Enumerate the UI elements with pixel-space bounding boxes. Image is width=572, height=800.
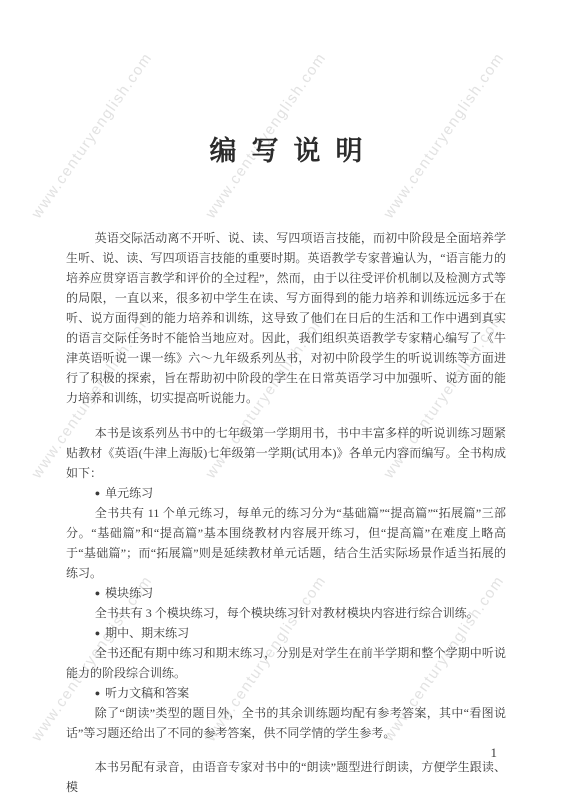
book-intro-paragraph: 本书是该系列丛书中的七年级第一学期用书，书中丰富多样的听说训练习题紧贴教材《英语…	[66, 423, 506, 483]
bullet-label: 期中、期末练习	[105, 626, 189, 640]
bullet-icon: ●	[95, 488, 100, 498]
bullet-item-module-exercises: ●模块练习	[66, 583, 506, 603]
closing-paragraph: 本书另配有录音，由语音专家对书中的“朗读”题型进行朗读，方便学生跟读、模	[66, 757, 506, 797]
section-paragraph: 全书共有 11 个单元练习，每单元的练习分为“基础篇”“提高篇”“拓展篇”三部分…	[66, 503, 506, 583]
section-paragraph: 全书还配有期中练习和期末练习，分别是对学生在前半学期和整个学期中听说能力的阶段综…	[66, 643, 506, 683]
intro-paragraph: 英语交际活动离不开听、说、读、写四项语言技能，而初中阶段是全面培养学生听、说、读…	[66, 228, 506, 408]
bullet-icon: ●	[95, 588, 100, 598]
section-paragraph: 全书共有 3 个模块练习，每个模块练习针对教材模块内容进行综合训练。	[66, 603, 506, 623]
page-content: 编写说明 英语交际活动离不开听、说、读、写四项语言技能，而初中阶段是全面培养学生…	[66, 0, 506, 797]
bullet-label: 单元练习	[105, 486, 153, 500]
section-paragraph: 除了“朗读”类型的题目外，全书的其余训练题均配有参考答案，其中“看图说话”等习题…	[66, 703, 506, 743]
bullet-label: 听力文稿和答案	[105, 686, 189, 700]
bullet-item-midterm-final-exercises: ●期中、期末练习	[66, 623, 506, 643]
page-number: 1	[0, 745, 497, 761]
bullet-label: 模块练习	[105, 586, 153, 600]
page-title: 编写说明	[66, 136, 506, 166]
bullet-icon: ●	[95, 628, 100, 638]
bullet-icon: ●	[95, 688, 100, 698]
bullet-item-unit-exercises: ●单元练习	[66, 483, 506, 503]
book-page: www.centuryenglish.com www.centuryenglis…	[0, 0, 572, 800]
bullet-item-scripts-answers: ●听力文稿和答案	[66, 683, 506, 703]
